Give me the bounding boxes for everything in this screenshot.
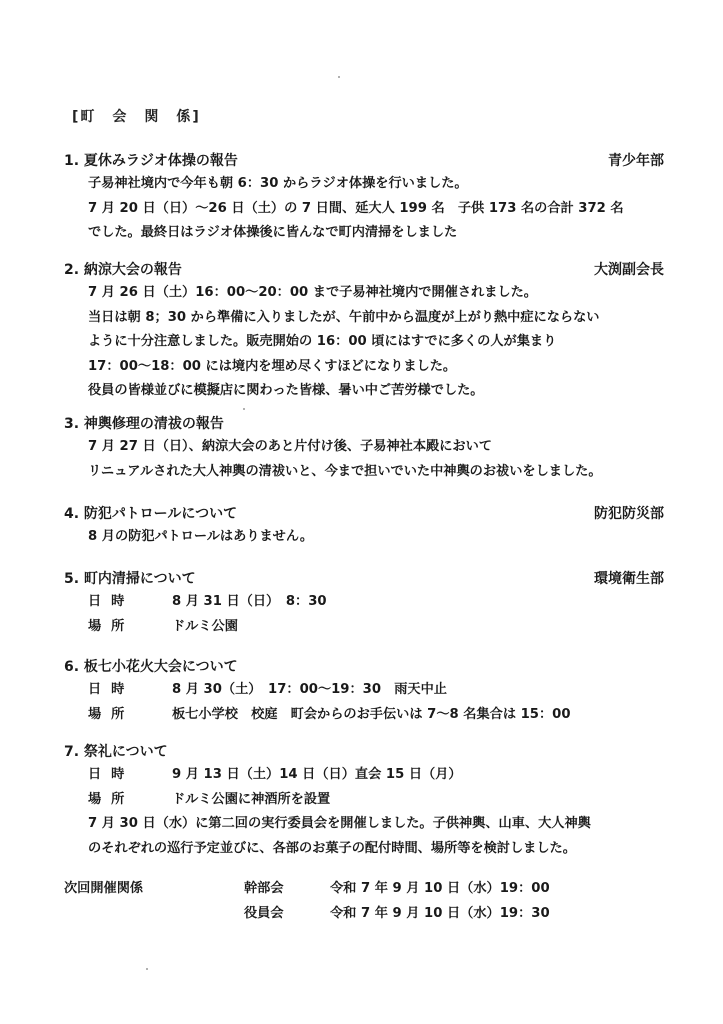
body-line: リニュアルされた大人神輿の清祓いと、今まで担いでいた中神輿のお祓いをしました。: [64, 460, 664, 485]
body-line: 7 月 27 日（日）、納涼大会のあと片付け後、子易神社本殿において: [64, 435, 664, 460]
field-location: 場所 ドルミ公園: [64, 615, 664, 640]
meeting-name: 役員会: [244, 901, 330, 926]
field-value: ドルミ公園: [172, 615, 238, 640]
item-title: 3. 神輿修理の清祓の報告: [64, 416, 224, 432]
body-line: 役員の皆様並びに模擬店に関わった皆様、暑い中ご苦労様でした。: [64, 379, 664, 404]
meeting-datetime: 令和 7 年 9 月 10 日（水）19：30: [330, 901, 550, 926]
scan-speck: [338, 76, 340, 78]
field-value: ドルミ公園に神酒所を設置: [172, 788, 330, 813]
next-meeting-section: 次回開催関係 幹部会 令和 7 年 9 月 10 日（水）19：00 役員会 令…: [64, 876, 664, 926]
field-datetime: 日時 9 月 13 日（土）14 日（日）直会 15 日（月）: [64, 763, 664, 788]
meeting-name: 幹部会: [244, 876, 330, 901]
scan-speck: [146, 968, 148, 970]
body-line: 7 月 20 日（日）～26 日（土）の 7 日間、延大人 199 名 子供 1…: [64, 197, 664, 222]
item-department: 環境衛生部: [594, 568, 664, 590]
field-key: 日時: [88, 678, 172, 703]
field-datetime: 日時 8 月 31 日（日） 8：30: [64, 590, 664, 615]
field-location: 場所 ドルミ公園に神酒所を設置: [64, 788, 664, 813]
body-line: でした。最終日はラジオ体操後に皆んなで町内清掃をしました: [64, 221, 664, 246]
item-title: 7. 祭礼について: [64, 744, 168, 760]
body-line: のそれぞれの巡行予定並びに、各部のお菓子の配付時間、場所等を検討しました。: [64, 837, 664, 862]
scan-speck: [411, 690, 413, 692]
label-spacer: [64, 901, 244, 926]
item-crime-patrol: 4. 防犯パトロールについて 防犯防災部 8 月の防犯パトロールはありません。: [64, 503, 664, 550]
field-key: 日時: [88, 590, 172, 615]
meeting-row: 役員会 令和 7 年 9 月 10 日（水）19：30: [64, 901, 664, 926]
item-title: 4. 防犯パトロールについて: [64, 506, 237, 522]
body-line: 当日は朝 8；30 から準備に入りましたが、午前中から温度が上がり熱中症にならな…: [64, 306, 664, 331]
item-department: 防犯防災部: [594, 503, 664, 525]
item-mikoshi-purification: 3. 神輿修理の清祓の報告 7 月 27 日（日）、納涼大会のあと片付け後、子易…: [64, 413, 664, 484]
field-value: 9 月 13 日（土）14 日（日）直会 15 日（月）: [172, 763, 462, 788]
body-line: 7 月 26 日（土）16：00～20：00 まで子易神社境内で開催されました。: [64, 281, 664, 306]
body-line: ように十分注意しました。販売開始の 16：00 頃にはすでに多くの人が集まり: [64, 330, 664, 355]
item-summer-festival: 2. 納涼大会の報告 大渕副会長 7 月 26 日（土）16：00～20：00 …: [64, 259, 664, 404]
field-datetime: 日時 8 月 30（土） 17：00～19：30 雨天中止: [64, 678, 664, 703]
item-department: 大渕副会長: [594, 259, 664, 281]
field-key: 場所: [88, 615, 172, 640]
field-key: 場所: [88, 788, 172, 813]
document-page: [町 会 関 係] 1. 夏休みラジオ体操の報告 青少年部 子易神社境内で今年も…: [0, 0, 723, 1024]
item-title: 5. 町内清掃について: [64, 571, 196, 587]
item-town-cleanup: 5. 町内清掃について 環境衛生部 日時 8 月 31 日（日） 8：30 場所…: [64, 568, 664, 639]
meeting-datetime: 令和 7 年 9 月 10 日（水）19：00: [330, 876, 550, 901]
section-header: [町 会 関 係]: [72, 106, 201, 126]
body-line: 8 月の防犯パトロールはありません。: [64, 525, 664, 550]
field-value: 板七小学校 校庭 町会からのお手伝いは 7～8 名集合は 15：00: [172, 703, 571, 728]
item-title: 6. 板七小花火大会について: [64, 659, 238, 675]
item-title: 2. 納涼大会の報告: [64, 262, 182, 278]
field-value: 8 月 31 日（日） 8：30: [172, 590, 327, 615]
field-key: 場所: [88, 703, 172, 728]
field-value: 8 月 30（土） 17：00～19：30 雨天中止: [172, 678, 447, 703]
scan-speck: [243, 408, 245, 410]
field-location: 場所 板七小学校 校庭 町会からのお手伝いは 7～8 名集合は 15：00: [64, 703, 664, 728]
item-department: 青少年部: [608, 150, 664, 172]
item-festival-rites: 7. 祭礼について 日時 9 月 13 日（土）14 日（日）直会 15 日（月…: [64, 741, 664, 861]
item-fireworks: 6. 板七小花火大会について 日時 8 月 30（土） 17：00～19：30 …: [64, 656, 664, 727]
body-line: 7 月 30 日（水）に第二回の実行委員会を開催しました。子供神輿、山車、大人神…: [64, 812, 664, 837]
field-key: 日時: [88, 763, 172, 788]
body-line: 子易神社境内で今年も朝 6：30 からラジオ体操を行いました。: [64, 172, 664, 197]
meeting-row: 次回開催関係 幹部会 令和 7 年 9 月 10 日（水）19：00: [64, 876, 664, 901]
body-line: 17：00～18：00 には境内を埋め尽くすほどになりました。: [64, 355, 664, 380]
item-title: 1. 夏休みラジオ体操の報告: [64, 153, 238, 169]
next-meeting-label: 次回開催関係: [64, 876, 244, 901]
item-radio-exercise: 1. 夏休みラジオ体操の報告 青少年部 子易神社境内で今年も朝 6：30 からラ…: [64, 150, 664, 246]
